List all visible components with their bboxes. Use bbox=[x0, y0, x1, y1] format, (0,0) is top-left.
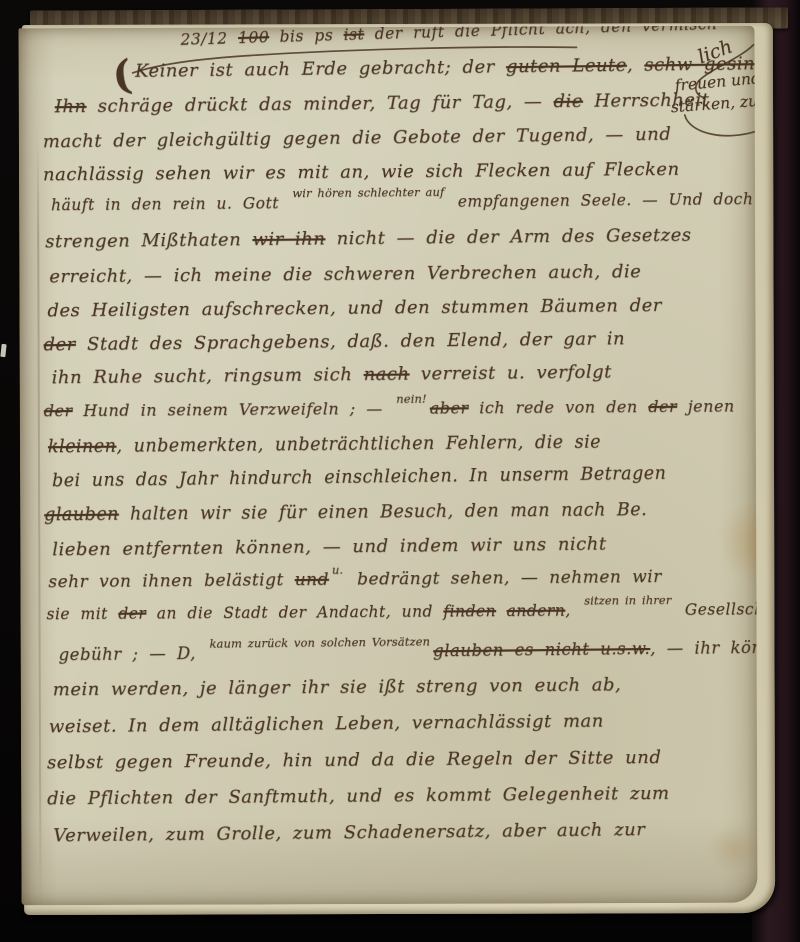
handwriting-text: weiset. In dem alltäglichen Leben, verna… bbox=[49, 710, 604, 737]
manuscript-line: macht der gleichgültig gegen die Gebote … bbox=[43, 124, 672, 153]
manuscript-line: glauben halten wir sie für einen Besuch,… bbox=[44, 500, 647, 525]
handwriting-text: sehr von ihnen belästigt bbox=[48, 570, 294, 592]
handwriting-layer: 23/12 100 bis ps ist der ruft die Pflich… bbox=[18, 26, 757, 906]
manuscript-line: kleinen, unbemerkten, unbeträchtlichen F… bbox=[48, 432, 601, 457]
struck-text: glauben es nicht u.s.w. bbox=[433, 639, 650, 660]
manuscript-line: sehr von ihnen belästigt undu. bedrängt … bbox=[48, 567, 662, 592]
handwriting-text: Hund in seinem Verzweifeln ; — bbox=[73, 399, 394, 420]
handwriting-text: lieben entfernten können, — und indem wi… bbox=[52, 533, 607, 560]
manuscript-line: Ihn schräge drückt das minder, Tag für T… bbox=[55, 89, 710, 117]
handwriting-text: halten wir sie für einen Besuch, den man… bbox=[119, 500, 647, 525]
manuscript-line: (Keiner ist auch Erde gebracht; der gute… bbox=[112, 53, 757, 82]
struck-text: der bbox=[648, 397, 677, 416]
struck-text: glauben bbox=[44, 505, 119, 526]
handwriting-text: sie mit bbox=[46, 605, 118, 624]
handwriting-text: der ruft die Pflicht ach, den vermisch bbox=[364, 26, 718, 44]
inserted-text: kaum zurück von solchen Vorsätzen bbox=[209, 634, 430, 650]
handwriting-text: Verweilen, zum Grolle, zum Schadenersatz… bbox=[53, 819, 645, 846]
manuscript-line: nachlässig sehen wir es mit an, wie sich… bbox=[43, 159, 680, 186]
book-page: 23/12 100 bis ps ist der ruft die Pflich… bbox=[18, 26, 757, 906]
manuscript-line: strengen Mißthaten wir ihn nicht — die d… bbox=[45, 224, 692, 252]
handwriting-text: , bbox=[627, 54, 645, 75]
manuscript-line: bei uns das Jahr hindurch einschleichen.… bbox=[52, 464, 667, 492]
manuscript-scan: 23/12 100 bis ps ist der ruft die Pflich… bbox=[0, 0, 800, 942]
struck-text: aber bbox=[430, 398, 469, 417]
handwriting-text: empfangenen Seele. — Und doch mein ich d… bbox=[447, 189, 757, 211]
struck-text: wir ihn bbox=[252, 228, 325, 250]
handwriting-text: die Pflichten der Sanftmuth, und es komm… bbox=[47, 783, 670, 809]
inserted-text: wir hören schlechter auf bbox=[292, 185, 444, 200]
struck-text: die bbox=[554, 91, 584, 112]
handwriting-text: jenen bbox=[677, 396, 735, 415]
handwriting-text: ich rede von den bbox=[469, 397, 649, 417]
handwriting-text: selbst gegen Freunde, hin und da die Reg… bbox=[47, 747, 662, 773]
handwriting-text: bis ps bbox=[269, 26, 344, 46]
handwriting-text: strengen Mißthaten bbox=[45, 229, 252, 252]
struck-text: der bbox=[118, 604, 146, 622]
handwriting-text: bei uns das Jahr hindurch einschleichen.… bbox=[52, 464, 667, 492]
manuscript-line: selbst gegen Freunde, hin und da die Reg… bbox=[47, 747, 662, 773]
struck-text: nach bbox=[364, 363, 410, 384]
struck-text: Ihn bbox=[55, 96, 87, 117]
manuscript-line: lieben entfernten können, — und indem wi… bbox=[52, 533, 607, 560]
handwriting-text: bedrängt sehen, — nehmen wir bbox=[346, 567, 662, 590]
handwriting-text: , — ihr könnt nicht bbox=[650, 637, 757, 658]
struck-text: und bbox=[295, 570, 329, 590]
struck-text: ist bbox=[343, 26, 364, 44]
handwriting-text: Gesellschaft bbox=[674, 600, 757, 619]
left-edge-speck bbox=[0, 344, 6, 357]
struck-text: der bbox=[44, 401, 73, 420]
struck-text: finden bbox=[443, 602, 496, 620]
struck-text: andern bbox=[507, 602, 566, 620]
margin-brace-bottom bbox=[685, 115, 758, 136]
handwriting-text: ( bbox=[113, 75, 132, 78]
handwriting-text: häuft in den rein u. Gott bbox=[51, 194, 290, 214]
handwriting-text: nicht — die der Arm des Gesetzes bbox=[325, 224, 691, 249]
handwriting-text: , unbemerkten, unbeträchtlichen Fehlern,… bbox=[116, 432, 601, 456]
handwriting-text: an die Stadt der Andacht, und bbox=[146, 602, 443, 622]
manuscript-line: der Stadt des Sprachgebens, daß. den Ele… bbox=[43, 328, 625, 355]
handwriting-text: Herrschheit bbox=[583, 89, 710, 111]
manuscript-line: weiset. In dem alltäglichen Leben, verna… bbox=[49, 710, 604, 737]
handwriting-text: erreicht, — ich meine die schweren Verbr… bbox=[49, 261, 641, 287]
handwriting-text: gebühr ; — D, bbox=[59, 644, 207, 665]
struck-text: der bbox=[43, 334, 75, 355]
struck-text: schw gesindig bbox=[644, 53, 757, 76]
manuscript-line: Verweilen, zum Grolle, zum Schadenersatz… bbox=[53, 819, 645, 846]
inserted-text: u. bbox=[332, 563, 343, 577]
inserted-text: nein! bbox=[396, 392, 427, 406]
manuscript-line: die Pflichten der Sanftmuth, und es komm… bbox=[47, 783, 670, 809]
struck-text: guten Leute bbox=[506, 55, 627, 77]
manuscript-line: gebühr ; — D, kaum zurück von solchen Vo… bbox=[59, 637, 758, 664]
manuscript-line: erreicht, — ich meine die schweren Verbr… bbox=[49, 261, 641, 287]
manuscript-line: mein werden, je länger ihr sie ißt stren… bbox=[53, 674, 622, 700]
manuscript-line: ihn Ruhe sucht, ringsum sich nach verrei… bbox=[52, 361, 612, 388]
manuscript-line: des Heiligsten aufschrecken, und den stu… bbox=[47, 295, 662, 321]
handwriting-text: ihn Ruhe sucht, ringsum sich bbox=[52, 364, 364, 388]
handwriting-text: macht der gleichgültig gegen die Gebote … bbox=[43, 124, 672, 153]
handwriting-text: , bbox=[565, 601, 581, 619]
struck-text: kleinen bbox=[48, 437, 117, 458]
manuscript-line: häuft in den rein u. Gott wir hören schl… bbox=[51, 188, 758, 214]
manuscript-line: der Hund in seinem Verzweifeln ; — nein!… bbox=[44, 396, 735, 420]
handwriting-text: schräge drückt das minder, Tag für Tag, … bbox=[86, 91, 553, 117]
handwriting-text: nachlässig sehen wir es mit an, wie sich… bbox=[43, 159, 680, 186]
struck-text: 100 bbox=[238, 28, 270, 47]
handwriting-text bbox=[496, 602, 507, 620]
handwriting-text: mein werden, je länger ihr sie ißt stren… bbox=[53, 674, 622, 700]
handwriting-text: 23/12 bbox=[180, 29, 238, 49]
inserted-text: sitzen in ihrer bbox=[584, 593, 671, 608]
handwriting-text: des Heiligsten aufschrecken, und den stu… bbox=[47, 295, 662, 321]
handwriting-text: Keiner ist auch Erde gebracht; der bbox=[135, 56, 506, 82]
header-line: 23/12 100 bis ps ist der ruft die Pflich… bbox=[180, 26, 718, 49]
manuscript-line: sie mit der an die Stadt der Andacht, un… bbox=[46, 600, 757, 623]
handwriting-text: Stadt des Sprachgebens, daß. den Elend, … bbox=[76, 328, 626, 355]
handwriting-text: verreist u. verfolgt bbox=[410, 361, 613, 384]
